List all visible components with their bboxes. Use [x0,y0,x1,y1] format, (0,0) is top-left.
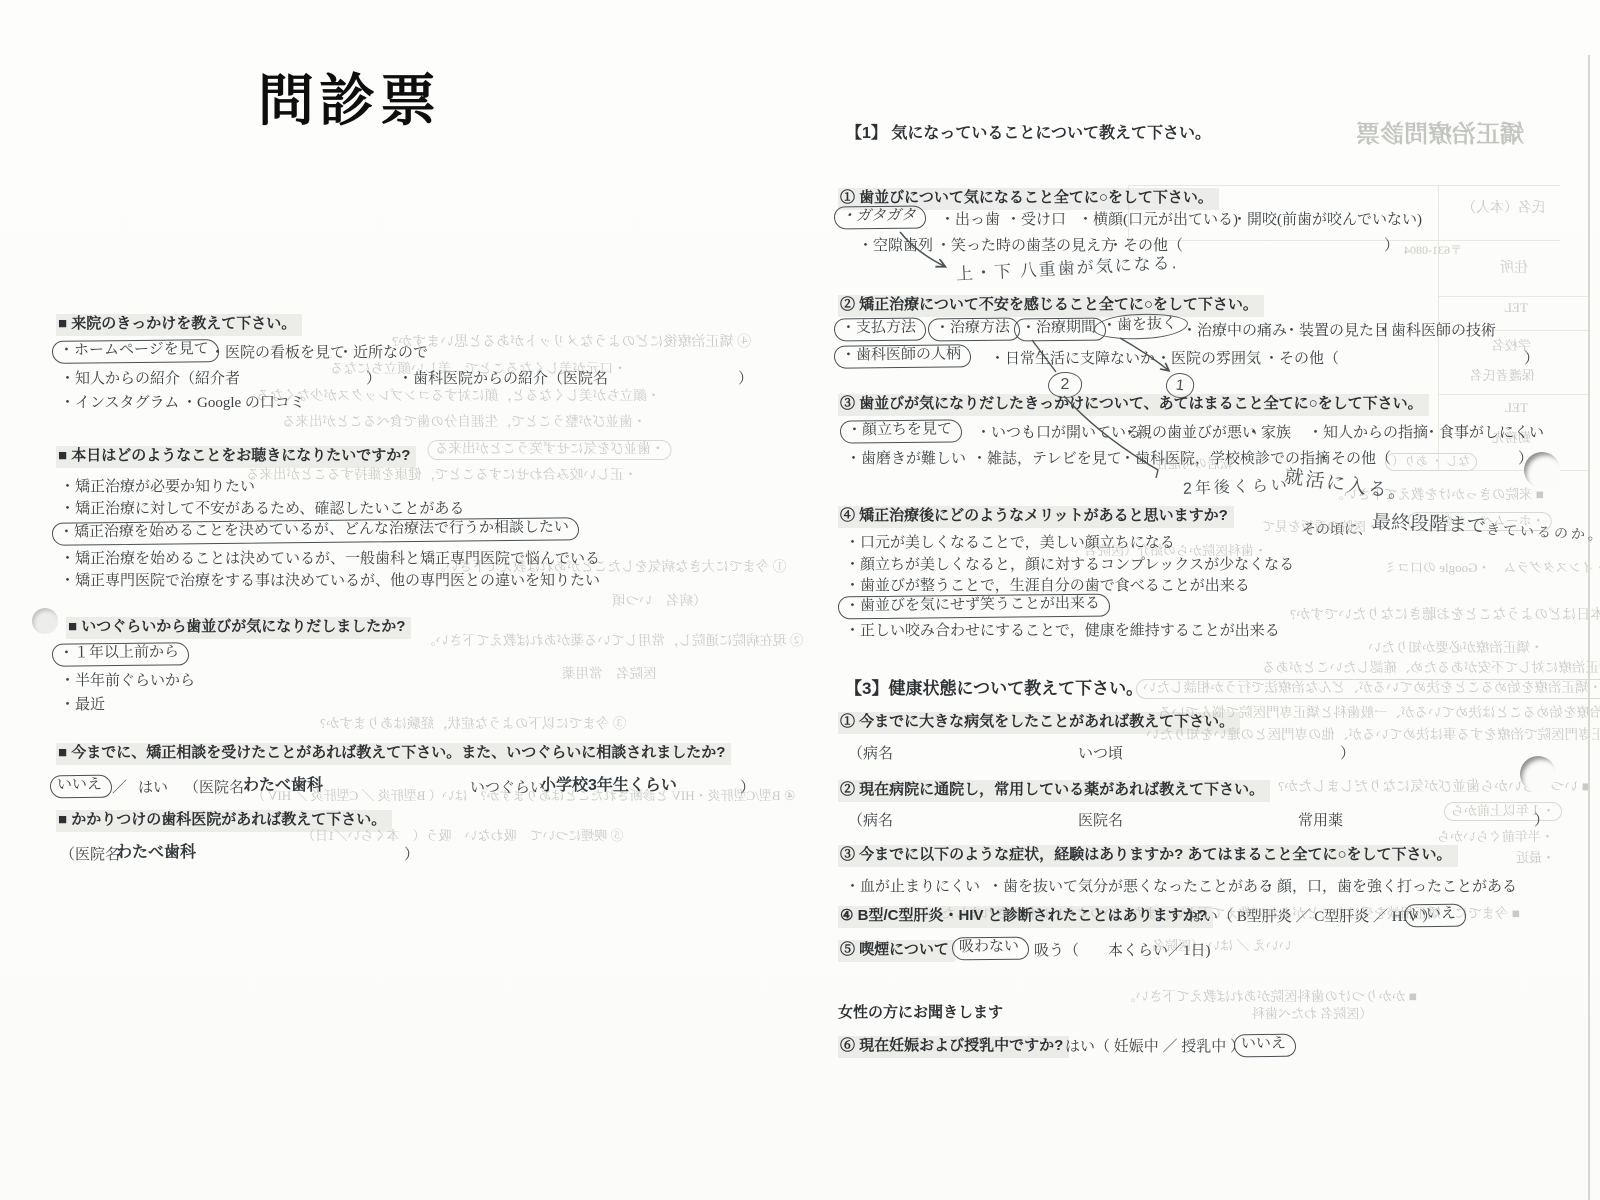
bleedthrough-text: ・矯正治療が必要か知りたい [1368,640,1544,657]
bleedthrough-text: ・顔立ちが美しくなると，顔に対するコンプレックスが少なくなる [256,388,660,405]
option-circled-nonsmoker: 吸わない [952,937,1029,961]
section-header-since-when: ■ いつぐらいから歯並びが気になりだしましたか? [66,617,411,639]
option: ・矯正専門医院で治療をする事は決めているが、他の専門医との違いを知りたい [60,572,600,591]
bleedthrough-postal: 〒631-0804 [1404,243,1462,258]
handwritten-note-teeth: 上・下 八重歯が気になる. [956,252,1179,285]
bleedthrough-label: TEL [1504,300,1528,316]
page-edge [1588,55,1590,1200]
option-other: ・その他（ [1316,450,1391,469]
bleedthrough-text: ■ かかりつけの歯科医院があれば教えて下さい。 [1122,989,1417,1006]
option: ・矯正治療が必要か知りたい [60,478,255,497]
bleedthrough-text: ・インスタグラム ・Google の口コミ [1384,560,1600,576]
section-header-past-consult: ■ 今までに、矯正相談を受けたことがあれば教えて下さい。また、いつぐらいに相談さ… [56,743,731,765]
women-only-label: 女性の方にお聞きします [838,1004,1003,1023]
q4-header: ④ 矯正治療後にどのようなメリットがあると思いますか? [838,506,1234,528]
h1-header: ① 今までに大きな病気をしたことがあれば教えて下さい。 [838,712,1240,734]
option: ・歯科医師の技術 [1376,322,1496,341]
option: ・歯科医院，学校検診での指摘 [1120,450,1330,469]
option-circled-payment: ・支払方法 [834,318,926,342]
option-circled-no: いいえ [1404,904,1466,927]
option-circled-face: ・顔立ちを見て [840,419,962,443]
bleed-grid [1438,394,1588,395]
option: ・日常生活に支障ないか [990,350,1155,369]
bleed-grid [1128,185,1560,186]
bleedthrough-text: ■ 本日はどのようなことをお聴きになりたいですか? [1290,607,1600,625]
option-yes: はい [138,779,168,798]
field-label-medicine: 常用薬 [1298,812,1343,831]
section-header-today-topic: ■ 本日はどのようなことをお聴きになりたいですか? [56,446,416,468]
option: ・知人からの指摘 [1308,424,1428,443]
paren-close: ） [366,370,381,389]
option: ・いつも口が開いている [976,424,1141,443]
bleedthrough-label: なし ・ あり（ [1385,453,1477,471]
bleedthrough-text: ・矯正治療を始めることを決めているが、どんな治療法で行うか相談したい [1136,679,1600,699]
option: ・顔立ちが美しくなると，顔に対するコンプレックスが少なくなる [845,556,1294,575]
option-circled-method: ・治療方法 [928,318,1020,342]
option: ・家族 [1246,424,1291,443]
bleedthrough-text: ④ 矯正治療後にどのようなメリットがあると思いますか? [392,334,751,352]
bleedthrough-text: （病名 いつ頃 [612,593,707,610]
option: ・矯正治療に対して不安があるため、確認したいことがある [60,500,464,519]
bleedthrough-text: ・歯並びを気にせず笑うことが出来る [428,440,672,460]
bleedthrough-text: ② 現在病院に通院し，常用している薬があれば教えて下さい。 [422,633,803,650]
section1-title: 【1】 気になっていることについて教えて下さい。 [846,124,1211,144]
bleedthrough-form-title: 矯正治療問診票 [1356,120,1524,150]
option: ・装置の見た目 [1284,322,1389,341]
h5-header: ⑤ 喫煙について [838,940,955,962]
option: ・顔，口，歯を強く打ったことがある [1262,878,1517,897]
bleedthrough-text: ・正しい咬み合わせにすることで，健康を維持することが出来る [246,467,637,484]
option-nearby: ・近所なので [338,344,428,363]
option: ・口元が美しくなることで，美しい顔立ちになる [845,534,1175,553]
bleedthrough-text: 医院名 常用薬 [562,666,657,683]
bleedthrough-text: （医院名 わたべ歯科 [1252,1006,1372,1022]
hole-punch [32,608,58,634]
option: ・受け口 [1006,211,1066,230]
field-label-disease: （病名 [848,812,893,831]
bleedthrough-text: ③ 今までに以下のような症状，経験はありますか? [320,716,626,733]
option: ・食事がしにくい [1424,424,1544,443]
option-circled-homepage: ・ホームページを見て [52,339,219,363]
h6-header: ⑥ 現在妊娠および授乳中ですか? [838,1036,1069,1058]
option: ・出っ歯 [940,211,1000,230]
option-circled-smile: ・歯並びを気にせず笑うことが出来る [838,594,1110,620]
option: ・歯を抜いて気分が悪くなったことがある [988,878,1273,897]
q3-header: ③ 歯並びが気になりだしたきっかけについて、あてはまること全てに○をして下さい。 [838,394,1429,416]
handwritten-note-2years: 2年後くらい [1183,476,1291,500]
option: ・正しい咬み合わせにすることで，健康を維持することが出来る [845,622,1280,641]
option: ・空隙歯列 [858,237,933,256]
option: ・開咬(前歯が咬んでいない) [1232,211,1422,230]
option-circled-crooked: ・ガタガタ [834,206,926,230]
handwritten-note-reached: きているのか。 [1486,521,1600,545]
option-other: ・その他（ [1264,350,1339,369]
bleedthrough-text: ・半年前ぐらいから [1437,829,1554,845]
option-referral-dental: ・歯科医院からの紹介（医院名 [398,370,608,389]
option: ・雑誌，テレビを見て [972,450,1122,469]
bleed-grid [1438,296,1588,297]
option-circled-over-1year: ・１年以上前から [52,642,189,666]
option-smoker-count: 本くらい／1日) [1108,942,1211,961]
scanned-questionnaire: 問診票 ④ 矯正治療後にどのようなメリットがあると思いますか? ・口元が美しくな… [0,0,1600,1200]
bleed-grid [1128,240,1560,241]
option-instagram: ・インスタグラム [60,394,179,413]
handwritten-note-finalstage: 最終段階まで [1372,511,1487,539]
bleedthrough-label: 住所 [1500,260,1528,278]
paren-close: ） [1524,350,1539,369]
paren-close: ） [404,846,419,865]
option-yes-pregnant: はい（ 妊娠中 ／ 授乳中 ） [1065,1038,1245,1057]
bleedthrough-label: TEL [1504,400,1528,416]
paren-close: ） [1518,450,1533,469]
clinic-name-label: （医院名 [60,846,120,865]
paren-close: ） [738,370,753,389]
bleedthrough-label: 保護者氏名 [1470,368,1535,384]
section-header-visit-reason: ■ 来院のきっかけを教えて下さい。 [56,314,302,336]
option: ・親の歯並びが悪い [1122,424,1257,443]
option-yes-hepatitis: はい（ B型肝炎 ／ C型肝炎 ／ HIV ） [1188,908,1437,927]
paren-close: ） [1340,745,1355,764]
option-google-review: ・Google の口コミ [182,394,305,413]
option: ・半年前ぐらいから [60,672,195,691]
form-title: 問診票 [258,66,441,136]
option: ・矯正治療を始めることは決めているが、一般歯科と矯正専門医院で悩んでいる [60,550,600,569]
paren-close: ） [1534,812,1549,831]
clinic-name-label: （医院名 [184,779,244,798]
option-signboard: ・医院の看板を見て [210,344,345,363]
option-circled-consult-method: ・矯正治療を始めることを決めているが、どんな治療法で行うか相談したい [52,517,579,545]
option-circled-personality: ・歯科医師の人柄 [834,344,971,368]
separator-slash: ／ [112,779,127,798]
h2-header: ② 現在病院に通院し，常用している薬があれば教えて下さい。 [838,780,1270,802]
paren-close: ） [1384,237,1399,256]
hole-punch [1520,756,1556,792]
option: ・歯磨きが難しい [846,450,966,469]
paren-close: ） [740,779,755,798]
handwritten-clinic-name: わたべ歯科 [243,776,323,796]
when-label: いつぐらい [470,779,545,798]
section3-title: 【3】健康状態について教えて下さい。 [845,678,1143,699]
option-circled-no: いいえ [1234,1034,1296,1057]
field-label-when: いつ頃 [1078,745,1123,764]
q2-header: ② 矯正治療について不安を感じること全てに○をして下さい。 [838,295,1264,317]
bleedthrough-text: ・最近 [1516,850,1555,866]
option-smoker: 吸う（ [1034,942,1079,961]
h4-header: ④ B型/C型肝炎・HIV と診断されたことはありますか? [838,906,1213,928]
option: ・歯並びが整うことで，生涯自分の歯で食べることが出来る [845,577,1250,596]
field-label-disease: （病名 [848,745,893,764]
handwritten-note-bythen: その頃に、 [1302,521,1372,539]
handwritten-clinic-name: わたべ歯科 [116,843,196,863]
option-circled-no: いいえ [50,775,112,798]
option: ・横顔(口元が出ている) [1078,211,1238,230]
option: ・最近 [60,696,105,715]
bleedthrough-text: ・歯並びが整うことで，生涯自分の歯で食べることが出来る [282,414,646,431]
h3-header: ③ 今までに以下のような症状，経験はありますか? あてはまること全てに○をして下… [838,845,1458,867]
field-label-clinic: 医院名 [1078,812,1123,831]
option: ・血が止まりにくい [845,878,980,897]
handwritten-when-value: 小学校3年生くらい [540,776,677,796]
option: ・治療中の痛み [1182,322,1287,341]
section-header-family-dentist: ■ かかりつけの歯科医院があれば教えて下さい。 [56,810,392,832]
bleedthrough-text: ・矯正治療に対して不安があるため、確認したいことがある [1262,660,1600,677]
option: ・笑った時の歯茎の見え方 [936,237,1116,256]
option-referral-friend: ・知人からの紹介（紹介者 [60,370,240,389]
option: ・医院の雰囲気 [1156,350,1261,369]
bleedthrough-label: 氏名（本人） [1462,200,1546,218]
option-circled-duration: ・治療期間 [1014,318,1106,342]
